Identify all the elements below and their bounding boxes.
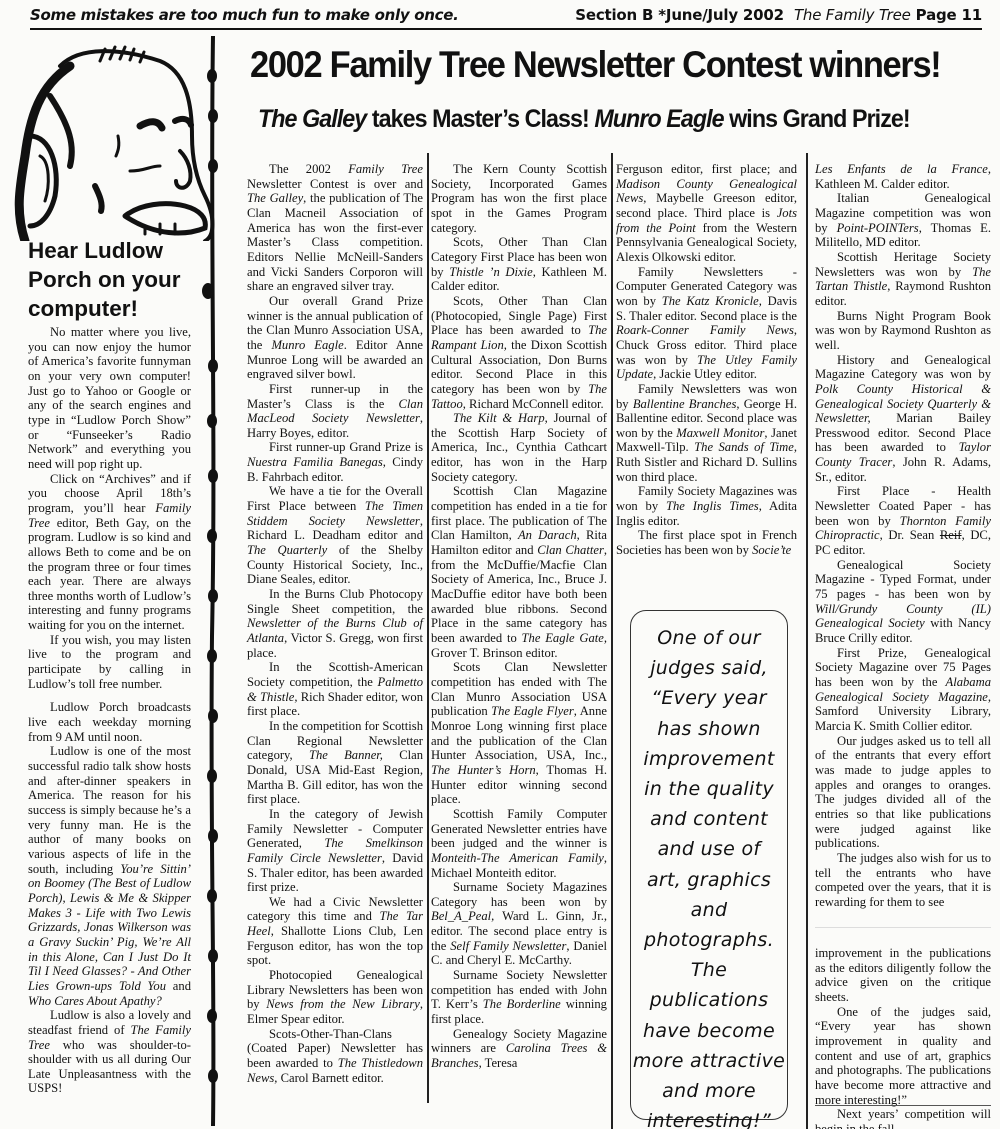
pull-quote-line: interesting!” [631,1106,787,1129]
paragraph: improvement in the publications as the e… [815,946,991,1005]
pull-quote-line: and content [631,804,787,834]
paragraph: Ferguson editor, first place; and Madiso… [616,162,797,265]
pull-quote-line: “Every year [631,683,787,713]
paragraph: Burns Night Program Book was won by Raym… [815,309,991,353]
paragraph: The 2002 Family Tree Newsletter Contest … [247,162,423,294]
paragraph: First runner-up in the Master’s Class is… [247,382,423,441]
paragraph: The Kilt & Harp, Journal of the Scottish… [431,411,607,484]
paragraph: Our overall Grand Prize winner is the an… [247,294,423,382]
sidebar-body: No matter where you live, you can now en… [28,325,191,1096]
paragraph: Family Newsletters was won by Ballentine… [616,382,797,485]
column-divider [806,153,808,1129]
paragraph: The Kern County Scottish Society, Incorp… [431,162,607,235]
paragraph: Family Newsletters - Computer Generated … [616,265,797,382]
paragraph: Next years’ competition will begin in th… [815,1107,991,1129]
subhead-munro-eagle: Munro Eagle [594,105,723,133]
pull-quote-line: art, graphics [631,865,787,895]
pull-quote-line: have become [631,1016,787,1046]
pull-quote-line: has shown [631,714,787,744]
paragraph: Genealogical Society Magazine - Typed Fo… [815,558,991,646]
running-head-tagline: Some mistakes are too much fun to make o… [30,6,458,24]
pull-quote-box: One of ourjudges said,“Every yearhas sho… [630,610,788,1120]
paragraph: We have a tie for the Overall First Plac… [247,484,423,587]
paragraph: Ludlow is also a lovely and steadfast fr… [28,1008,191,1096]
paragraph: No matter where you live, you can now en… [28,325,191,472]
paragraph: Ludlow Porch broadcasts live each weekda… [28,700,191,744]
article-column-1: The 2002 Family Tree Newsletter Contest … [247,153,423,1085]
pull-quote-line: improvement [631,744,787,774]
vine-border-decoration [198,36,228,1126]
paragraph: In the Scottish-American Society competi… [247,660,423,719]
subhead-text-2: wins Grand Prize! [724,105,910,133]
paragraph: Scots, Other Than Clan (Photocopied, Sin… [431,294,607,411]
paragraph: One of the judges said, “Every year has … [815,1005,991,1108]
article-column-3: Ferguson editor, first place; and Madiso… [616,153,797,558]
pull-quote-line: The [631,955,787,985]
paragraph: Ludlow is one of the most successful rad… [28,744,191,1008]
pull-quote-line: in the quality [631,774,787,804]
pull-quote-line: One of our [631,623,787,653]
headline: 2002 Family Tree Newsletter Contest winn… [250,44,940,86]
pull-quote-line: publications [631,985,787,1015]
paragraph: First runner-up Grand Prize is Nuestra F… [247,440,423,484]
paragraph: In the category of Jewish Family Newslet… [247,807,423,895]
column-divider [427,153,429,1103]
article-column-2: The Kern County Scottish Society, Incorp… [431,153,607,1071]
paragraph: Surname Society Magazines Category has b… [431,880,607,968]
paragraph: Family Society Magazines was won by The … [616,484,797,528]
paragraph: We had a Civic Newsletter category this … [247,895,423,968]
subhead-text-1: takes Master’s Class! [366,105,594,133]
running-head-right: Section B *June/July 2002 The Family Tre… [575,6,982,24]
column-4-rule [815,927,991,928]
paragraph: Scottish Clan Magazine competition has e… [431,484,607,660]
paragraph: Our judges asked us to tell all of the e… [815,734,991,851]
pull-quote-line: more attractive [631,1046,787,1076]
sidebar-title: Hear Ludlow Porch on your computer! [28,236,198,323]
paragraph: Photocopied Genealogical Library Newslet… [247,968,423,1027]
pull-quote-line: photographs. [631,925,787,955]
pull-quote-line: and more [631,1076,787,1106]
paragraph: The first place spot in French Societies… [616,528,797,557]
caricature-face-illustration [0,26,230,241]
end-rule [815,1105,991,1106]
paragraph: Genealogy Society Magazine winners are C… [431,1027,607,1071]
paragraph: Scots Clan Newsletter competition has en… [431,660,607,807]
publication-name: The Family Tree [794,6,911,24]
paragraph: Scots-Other-Than-Clans (Coated Paper) Ne… [247,1027,423,1086]
column-divider [611,153,613,1129]
paragraph: In the Burns Club Photocopy Single Sheet… [247,587,423,660]
article-column-4: Les Enfants de la France, Kathleen M. Ca… [815,153,991,909]
article-column-4-continued: improvement in the publications as the e… [815,937,991,1129]
paragraph: First Prize, Genealogical Society Magazi… [815,646,991,734]
paragraph: In the competition for Scottish Clan Reg… [247,719,423,807]
pull-quote-line: judges said, [631,653,787,683]
paragraph: Les Enfants de la France, Kathleen M. Ca… [815,162,991,191]
paragraph: First Place - Health Newsletter Coated P… [815,484,991,557]
pull-quote-line: and [631,895,787,925]
subhead: The Galley takes Master’s Class! Munro E… [258,105,910,134]
paragraph: Scottish Heritage Society Newsletters wa… [815,250,991,309]
section-label: Section B *June/July 2002 [575,6,784,24]
paragraph: Surname Society Newsletter competition h… [431,968,607,1027]
page-number: Page 11 [916,6,982,24]
paragraph: History and Genealogical Magazine Catego… [815,353,991,485]
paragraph: Scottish Family Computer Generated Newsl… [431,807,607,880]
paragraph: Italian Genealogical Magazine competitio… [815,191,991,250]
paragraph: If you wish, you may listen live to the … [28,633,191,692]
pull-quote-line: and use of [631,834,787,864]
paragraph: The judges also wish for us to tell the … [815,851,991,910]
subhead-galley: The Galley [258,105,366,133]
paragraph: Click on “Archives” and if you choose Ap… [28,472,191,633]
paragraph: Scots, Other Than Clan Category First Pl… [431,235,607,294]
